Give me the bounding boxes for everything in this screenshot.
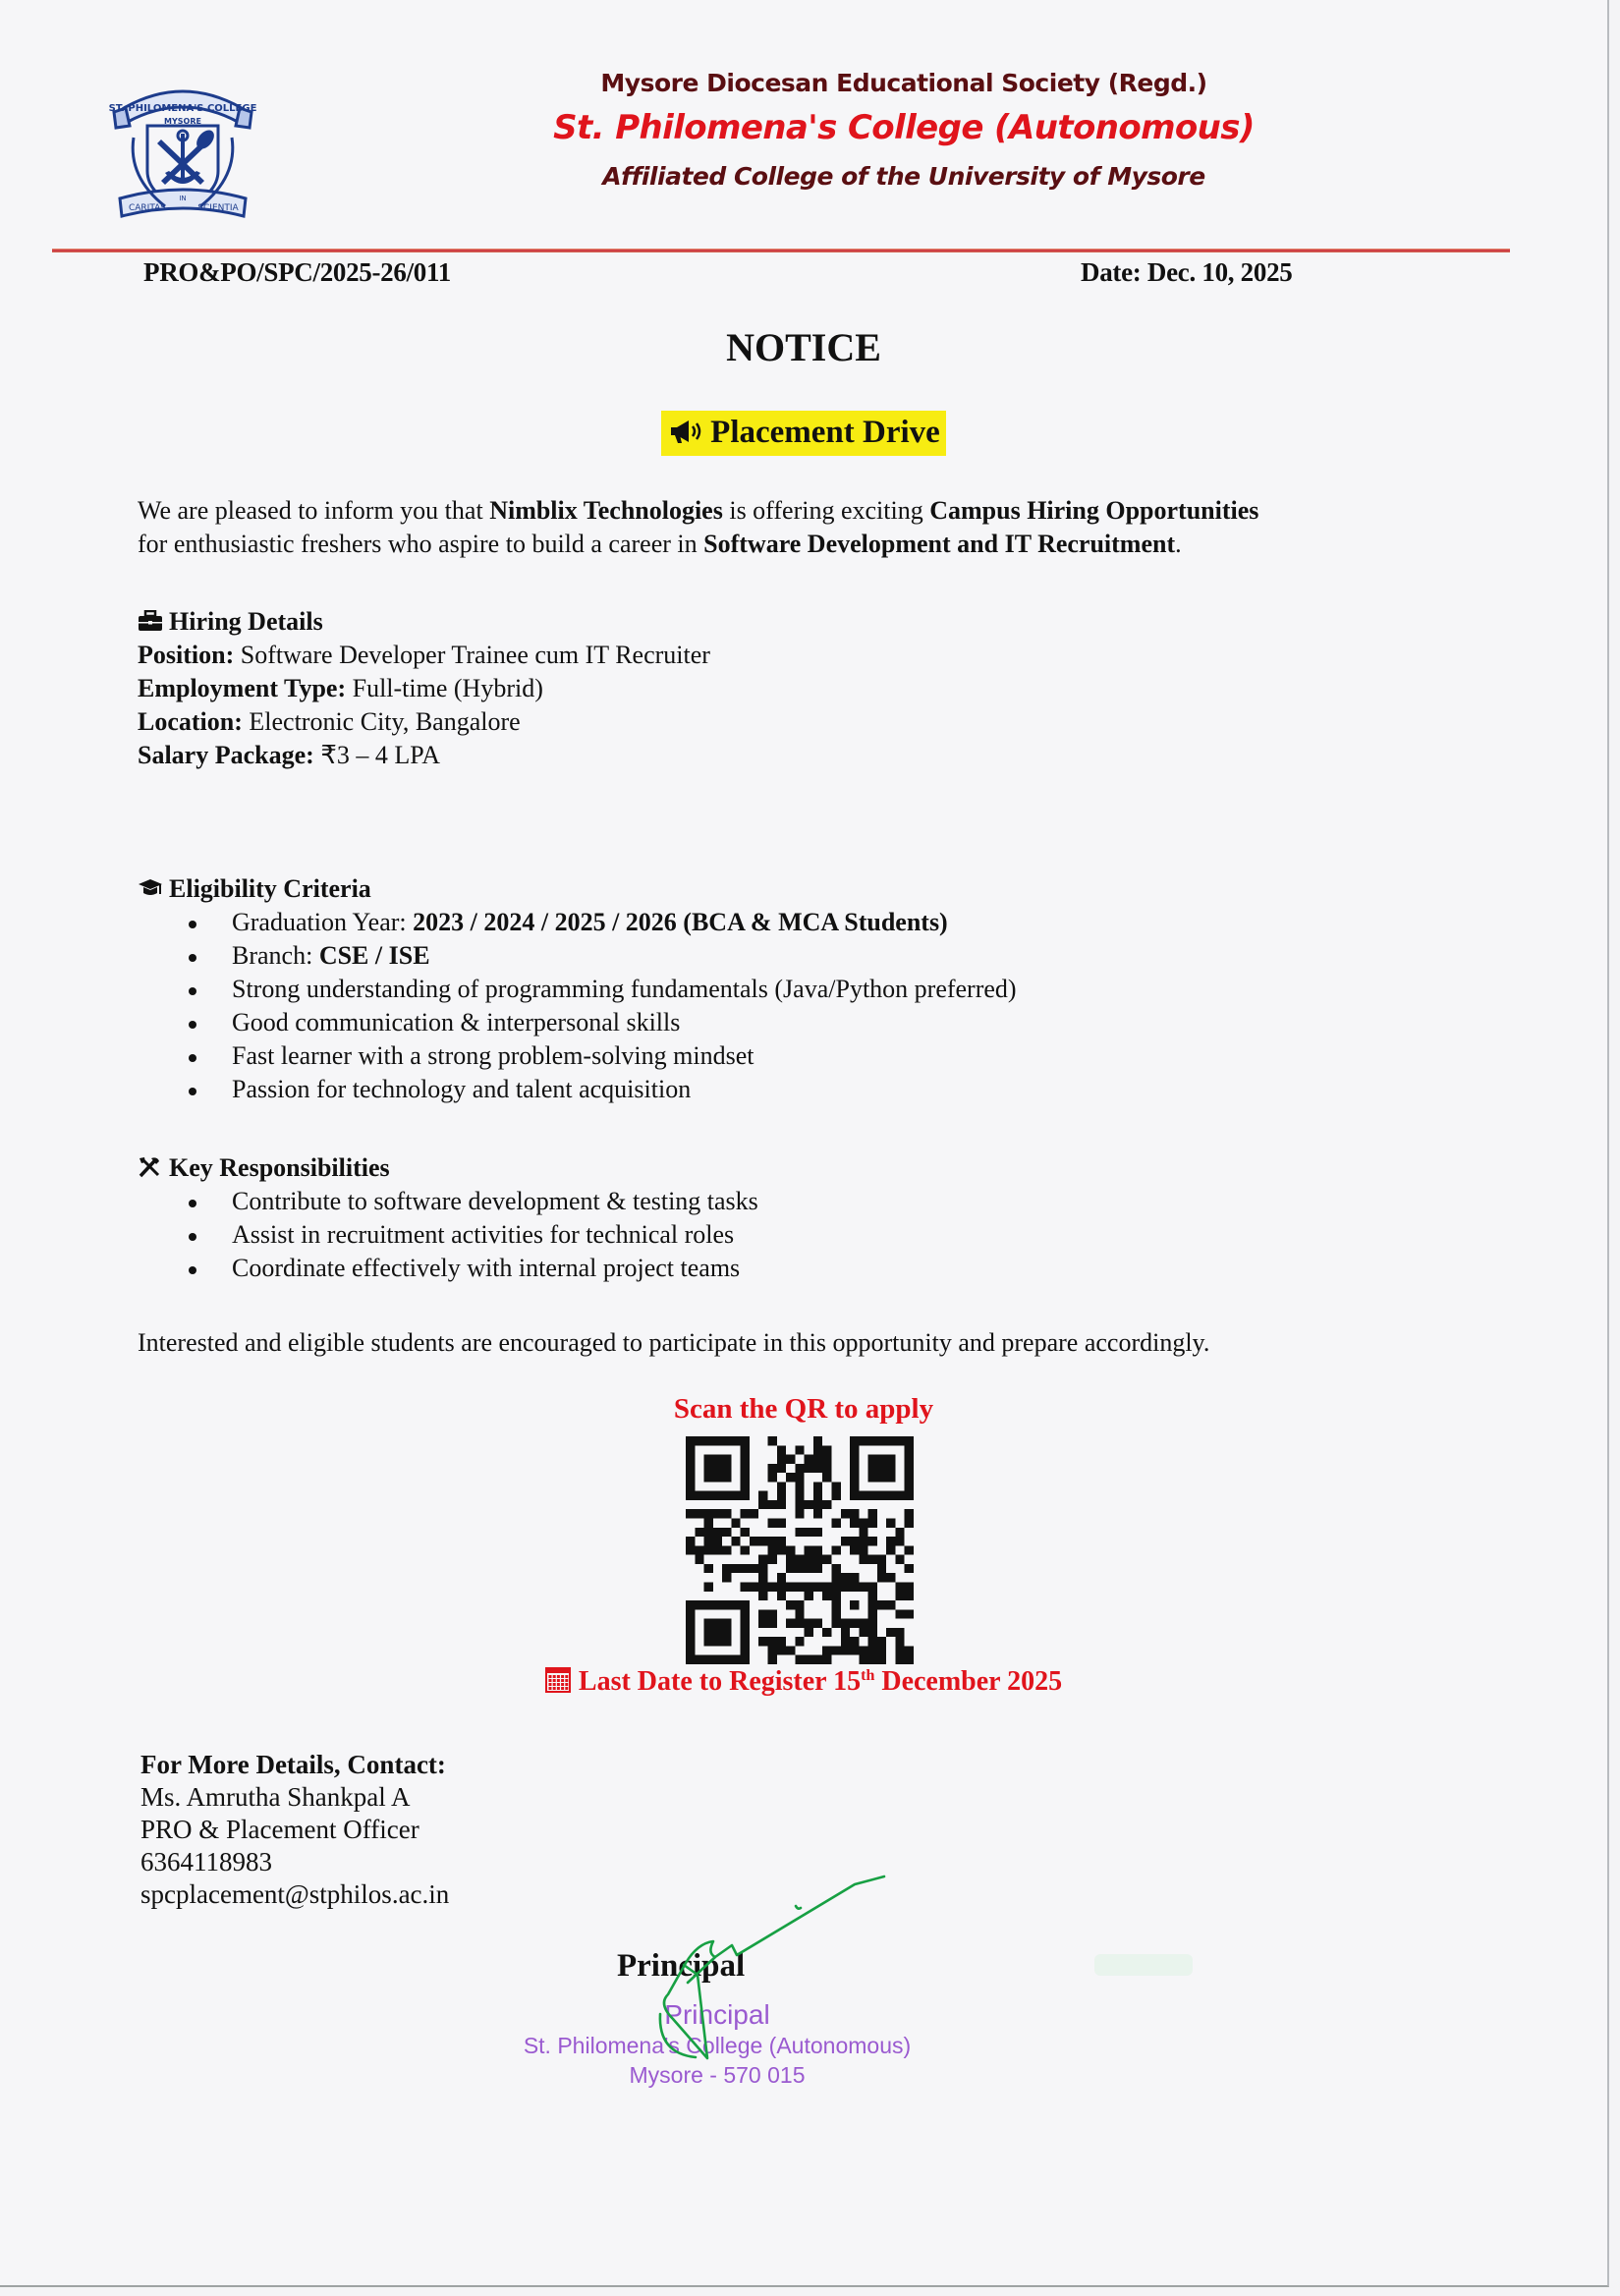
list-item: Strong understanding of programming fund… bbox=[138, 973, 1017, 1006]
principal-signature bbox=[589, 1847, 904, 2063]
hiring-row-salary: Salary Package: ₹3 – 4 LPA bbox=[138, 739, 710, 772]
svg-text:MYSORE: MYSORE bbox=[164, 117, 201, 126]
scan-qr-label: Scan the QR to apply bbox=[0, 1393, 1607, 1426]
calendar-icon bbox=[545, 1667, 571, 1693]
megaphone-icon bbox=[669, 419, 704, 444]
briefcase-icon bbox=[138, 610, 163, 632]
contact-heading: For More Details, Contact: bbox=[140, 1749, 449, 1781]
eligibility-list: Graduation Year: 2023 / 2024 / 2025 / 20… bbox=[138, 906, 1017, 1106]
notice-date: Date: Dec. 10, 2025 bbox=[1081, 257, 1292, 288]
qr-code-icon[interactable] bbox=[686, 1436, 914, 1664]
hiring-row-location: Location: Electronic City, Bangalore bbox=[138, 705, 710, 739]
affiliation: Affiliated College of the University of … bbox=[589, 162, 1218, 191]
svg-text:CARITAS: CARITAS bbox=[129, 203, 166, 213]
intro-paragraph: We are pleased to inform you that Nimbli… bbox=[138, 494, 1513, 561]
page-title: NOTICE bbox=[0, 324, 1607, 370]
contact-name: Ms. Amrutha Shankpal A bbox=[140, 1781, 449, 1814]
svg-text:ST. PHILOMENA'S COLLEGE: ST. PHILOMENA'S COLLEGE bbox=[109, 103, 257, 114]
tools-icon bbox=[138, 1156, 163, 1178]
eligibility-section: Eligibility Criteria Graduation Year: 20… bbox=[138, 872, 1017, 1106]
responsibilities-section: Key Responsibilities Contribute to softw… bbox=[138, 1151, 758, 1285]
society-name: Mysore Diocesan Educational Society (Reg… bbox=[589, 69, 1218, 97]
hiring-row-employment-type: Employment Type: Full-time (Hybrid) bbox=[138, 672, 710, 705]
placement-drive-badge: Placement Drive bbox=[661, 411, 946, 456]
list-item: Branch: CSE / ISE bbox=[138, 939, 1017, 973]
faded-mark bbox=[1092, 1950, 1201, 1980]
badge-label: Placement Drive bbox=[710, 415, 940, 450]
eligibility-title: Eligibility Criteria bbox=[138, 872, 1017, 906]
placement-drive-badge-wrap: Placement Drive bbox=[0, 411, 1607, 456]
svg-text:IN: IN bbox=[179, 195, 186, 202]
list-item: Contribute to software development & tes… bbox=[138, 1185, 758, 1218]
list-item: Fast learner with a strong problem-solvi… bbox=[138, 1039, 1017, 1073]
responsibilities-title: Key Responsibilities bbox=[138, 1151, 758, 1185]
company-name: Nimblix Technologies bbox=[489, 496, 723, 525]
closing-paragraph: Interested and eligible students are enc… bbox=[138, 1326, 1209, 1360]
list-item: Graduation Year: 2023 / 2024 / 2025 / 20… bbox=[138, 906, 1017, 939]
reference-number: PRO&PO/SPC/2025-26/011 bbox=[143, 257, 451, 288]
graduation-cap-icon bbox=[138, 877, 163, 899]
notice-page: ST. PHILOMENA'S COLLEGE MYSORE CARITAS I… bbox=[0, 0, 1609, 2287]
list-item: Coordinate effectively with internal pro… bbox=[138, 1252, 758, 1285]
list-item: Passion for technology and talent acquis… bbox=[138, 1073, 1017, 1106]
contact-phone[interactable]: 6364118983 bbox=[140, 1846, 449, 1878]
hiring-details-section: Hiring Details Position: Software Develo… bbox=[138, 605, 710, 772]
contact-block: For More Details, Contact: Ms. Amrutha S… bbox=[140, 1749, 449, 1911]
hiring-details-title: Hiring Details bbox=[138, 605, 710, 639]
contact-role: PRO & Placement Officer bbox=[140, 1814, 449, 1846]
hiring-row-position: Position: Software Developer Trainee cum… bbox=[138, 639, 710, 672]
list-item: Good communication & interpersonal skill… bbox=[138, 1006, 1017, 1039]
svg-text:SCIENTIA: SCIENTIA bbox=[197, 203, 239, 213]
header-divider bbox=[52, 249, 1510, 252]
college-name: St. Philomena's College (Autonomous) bbox=[550, 108, 1257, 147]
responsibilities-list: Contribute to software development & tes… bbox=[138, 1185, 758, 1285]
list-item: Assist in recruitment activities for tec… bbox=[138, 1218, 758, 1252]
contact-email[interactable]: spcplacement@stphilos.ac.in bbox=[140, 1878, 449, 1911]
college-crest-icon: ST. PHILOMENA'S COLLEGE MYSORE CARITAS I… bbox=[106, 79, 258, 226]
last-date-notice: Last Date to Register 15th December 2025 bbox=[0, 1666, 1607, 1698]
